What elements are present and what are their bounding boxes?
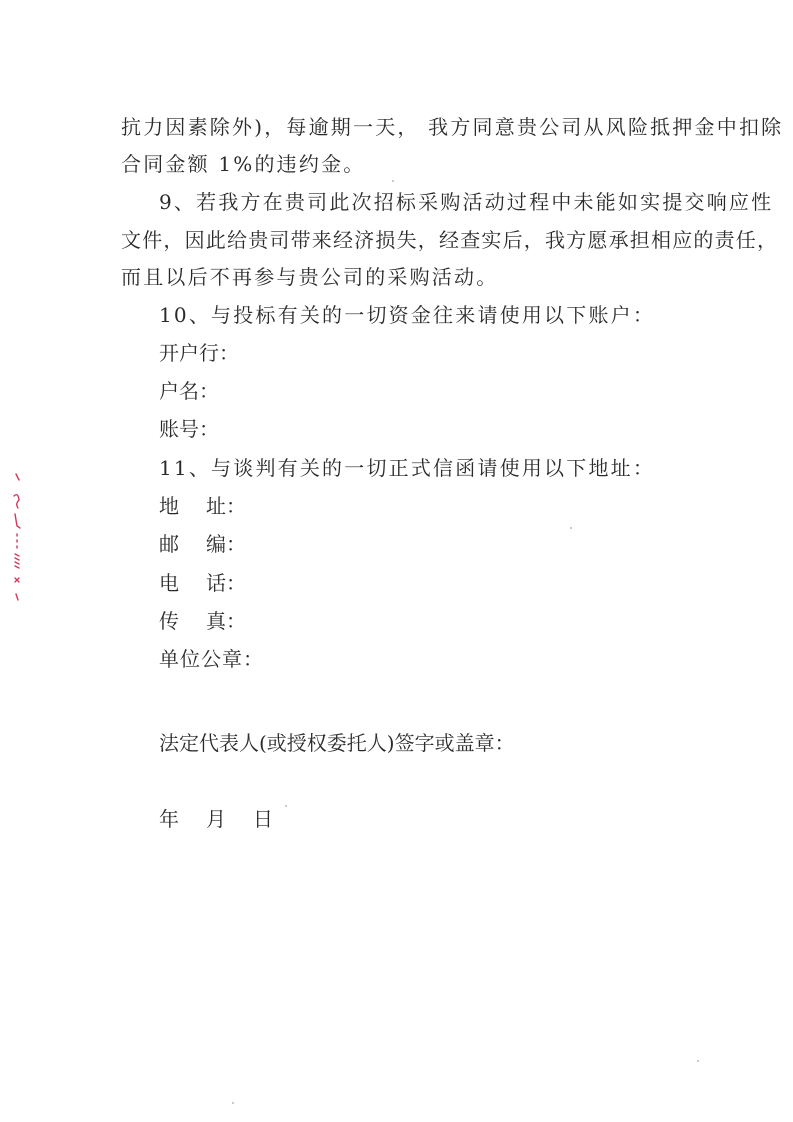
date-month: 月 bbox=[206, 806, 226, 832]
paragraph-9-line-3: 而且以后不再参与贵公司的采购活动。 bbox=[121, 264, 498, 290]
scan-speck bbox=[285, 805, 287, 807]
phone-label-b: 话： bbox=[206, 570, 246, 596]
paragraph-11: 11、与谈判有关的一切正式信函请使用以下地址： bbox=[159, 455, 655, 481]
scan-speck bbox=[232, 1102, 234, 1104]
postcode-label-a: 邮 bbox=[159, 531, 179, 557]
date-year: 年 bbox=[159, 806, 179, 832]
scan-speck bbox=[697, 1060, 699, 1062]
company-seal-label: 单位公章： bbox=[159, 646, 264, 672]
scan-speck bbox=[392, 180, 394, 182]
date-day: 日 bbox=[253, 806, 273, 832]
postcode-label-b: 编： bbox=[206, 531, 246, 557]
seal-edge-mark-icon bbox=[6, 466, 26, 616]
paragraph-9-line-2: 文件，因此给贵司带来经济损失，经查实后，我方愿承担相应的责任， bbox=[121, 227, 778, 253]
account-number-label: 账号： bbox=[159, 416, 219, 442]
phone-label-a: 电 bbox=[159, 570, 179, 596]
bank-name-label: 开户行： bbox=[159, 340, 239, 366]
fax-label-b: 真： bbox=[206, 608, 246, 634]
address-label-a: 地 bbox=[159, 493, 179, 519]
scan-speck bbox=[570, 527, 572, 529]
address-label-b: 址： bbox=[206, 493, 246, 519]
paragraph-10: 10、与投标有关的一切资金往来请使用以下账户： bbox=[159, 302, 655, 328]
paragraph-8-continuation-line-2: 合同金额 1%的违约金。 bbox=[121, 151, 366, 177]
fax-label-a: 传 bbox=[159, 608, 179, 634]
paragraph-8-continuation-line-1: 抗力因素除外)，每逾期一天， 我方同意贵公司从风险抵押金中扣除 bbox=[121, 114, 783, 140]
account-name-label: 户名： bbox=[159, 378, 219, 404]
paragraph-9-line-1: 9、若我方在贵司此次招标采购活动过程中未能如实提交响应性 bbox=[159, 189, 773, 215]
signature-label: 法定代表人(或授权委托人)签字或盖章： bbox=[159, 730, 515, 756]
